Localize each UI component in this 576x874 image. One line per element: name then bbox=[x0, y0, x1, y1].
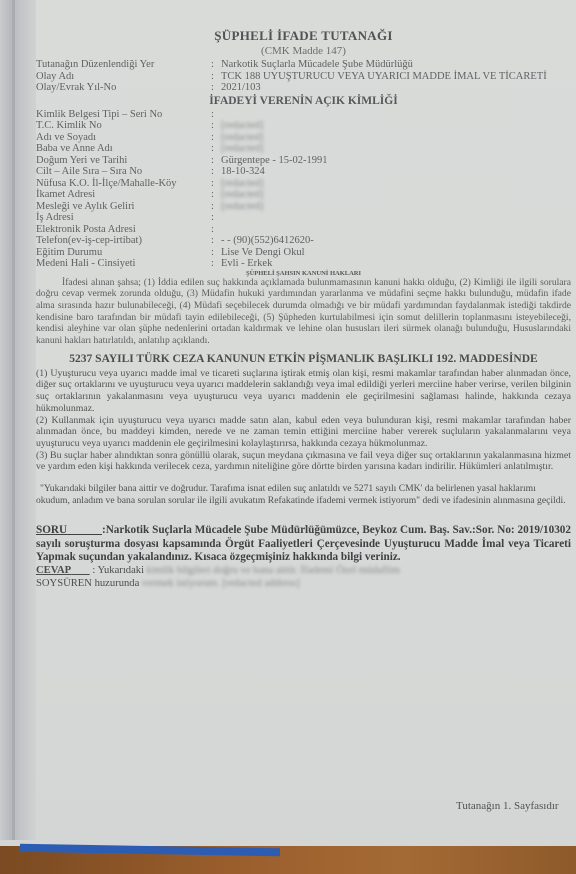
question-label: SORU bbox=[36, 524, 67, 536]
identity-value bbox=[221, 109, 571, 121]
colon-separator: : bbox=[211, 71, 221, 83]
identity-row: T.C. Kimlik No:[redacted] bbox=[36, 120, 571, 132]
colon-separator: : bbox=[211, 235, 221, 247]
answer-line2: SOYSÜREN huzurunda bbox=[36, 578, 139, 589]
document-subtitle: (CMK Madde 147) bbox=[36, 45, 571, 57]
case-info-row: Tutanağın Düzenlendiği Yer:Narkotik Suçl… bbox=[36, 59, 571, 71]
identity-value: [redacted] bbox=[221, 132, 571, 144]
document-title: ŞÜPHELİ İFADE TUTANAĞI bbox=[36, 28, 571, 44]
page-footer-note: Tutanağın 1. Sayfasıdır bbox=[456, 800, 559, 812]
colon-separator: : bbox=[211, 59, 221, 71]
law-paragraph-1: (1) Uyuşturucu veya uyarıcı madde imal v… bbox=[36, 368, 571, 415]
identity-row: Adı ve Soyadı:[redacted] bbox=[36, 132, 571, 144]
colon-separator: : bbox=[211, 258, 221, 270]
colon-separator: : bbox=[211, 82, 221, 94]
identity-label: Elektronik Posta Adresi bbox=[36, 224, 211, 236]
identity-label: Mesleği ve Aylık Geliri bbox=[36, 201, 211, 213]
case-info: Tutanağın Düzenlendiği Yer:Narkotik Suçl… bbox=[36, 59, 571, 94]
identity-label: İkamet Adresi bbox=[36, 189, 211, 201]
case-info-label: Olay/Evrak Yıl-No bbox=[36, 82, 211, 94]
identity-value: Lise Ve Dengi Okul bbox=[221, 247, 571, 259]
identity-label: Eğitim Durumu bbox=[36, 247, 211, 259]
law-paragraph-3: (3) Bu suçlar haber alındıktan sonra gön… bbox=[36, 450, 571, 473]
colon-separator: : bbox=[211, 247, 221, 259]
rights-text: İfadesi alınan şahsa; (1) İddia edilen s… bbox=[36, 277, 571, 347]
answer-redacted: kimlik bilgileri doğru ve bana aittir. İ… bbox=[147, 565, 400, 576]
identity-value: 18-10-324 bbox=[221, 166, 571, 178]
document-content: ŞÜPHELİ İFADE TUTANAĞI (CMK Madde 147) T… bbox=[36, 28, 571, 590]
statement-text: "Yukarıdaki bilgiler bana aittir ve doğr… bbox=[36, 483, 571, 506]
answer-label: CEVAP bbox=[36, 565, 71, 576]
identity-value: [redacted] bbox=[221, 189, 571, 201]
question-text: :Narkotik Suçlarla Mücadele Şube Müdürlü… bbox=[36, 524, 571, 563]
case-info-row: Olay/Evrak Yıl-No:2021/103 bbox=[36, 82, 571, 94]
identity-heading: İFADEYİ VERENİN AÇIK KİMLİĞİ bbox=[36, 95, 571, 107]
answer-text: : Yukarıdaki bbox=[92, 565, 144, 576]
identity-value bbox=[221, 224, 571, 236]
identity-row: Cilt – Aile Sıra – Sıra No:18-10-324 bbox=[36, 166, 571, 178]
rights-heading: ŞÜPHELİ ŞAHSIN KANUNİ HAKLARI bbox=[36, 270, 571, 277]
case-info-value: Narkotik Suçlarla Mücadele Şube Müdürlüğ… bbox=[221, 59, 571, 71]
identity-label: Baba ve Anne Adı bbox=[36, 143, 211, 155]
identity-label: Medeni Hali - Cinsiyeti bbox=[36, 258, 211, 270]
identity-label: T.C. Kimlik No bbox=[36, 120, 211, 132]
colon-separator: : bbox=[211, 166, 221, 178]
identity-row: Nüfusa K.O. İl-İlçe/Mahalle-Köy:[redacte… bbox=[36, 178, 571, 190]
law-paragraph-2: (2) Kullanmak için uyuşturucu veya uyarı… bbox=[36, 415, 571, 450]
colon-separator: : bbox=[211, 132, 221, 144]
colon-separator: : bbox=[211, 109, 221, 121]
identity-row: İkamet Adresi:[redacted] bbox=[36, 189, 571, 201]
identity-label: Cilt – Aile Sıra – Sıra No bbox=[36, 166, 211, 178]
identity-row: Doğum Yeri ve Tarihi:Gürgentepe - 15-02-… bbox=[36, 155, 571, 167]
law-heading: 5237 SAYILI TÜRK CEZA KANUNUN ETKİN PİŞM… bbox=[36, 353, 571, 365]
identity-value: [redacted] bbox=[221, 201, 571, 213]
identity-row: İş Adresi: bbox=[36, 212, 571, 224]
colon-separator: : bbox=[211, 155, 221, 167]
identity-row: Mesleği ve Aylık Geliri:[redacted] bbox=[36, 201, 571, 213]
identity-label: Kimlik Belgesi Tipi – Seri No bbox=[36, 109, 211, 121]
identity-value: Evli - Erkek bbox=[221, 258, 571, 270]
identity-value: [redacted] bbox=[221, 120, 571, 132]
identity-row: Kimlik Belgesi Tipi – Seri No: bbox=[36, 109, 571, 121]
identity-row: Medeni Hali - Cinsiyeti:Evli - Erkek bbox=[36, 258, 571, 270]
case-info-value: 2021/103 bbox=[221, 82, 571, 94]
question-block: SORU :Narkotik Suçlarla Mücadele Şube Mü… bbox=[36, 524, 571, 564]
identity-label: Telefon(ev-iş-cep-irtibat) bbox=[36, 235, 211, 247]
identity-fields: Kimlik Belgesi Tipi – Seri No:T.C. Kimli… bbox=[36, 109, 571, 270]
case-info-row: Olay Adı:TCK 188 UYUŞTURUCU VEYA UYARICI… bbox=[36, 71, 571, 83]
identity-value: - - (90)(552)6412620- bbox=[221, 235, 571, 247]
case-info-label: Tutanağın Düzenlendiği Yer bbox=[36, 59, 211, 71]
colon-separator: : bbox=[211, 178, 221, 190]
identity-value: [redacted] bbox=[221, 143, 571, 155]
identity-value bbox=[221, 212, 571, 224]
identity-label: Adı ve Soyadı bbox=[36, 132, 211, 144]
answer-line2-redacted: vermek istiyorum. [redacted address] bbox=[142, 578, 300, 589]
colon-separator: : bbox=[211, 201, 221, 213]
identity-row: Baba ve Anne Adı:[redacted] bbox=[36, 143, 571, 155]
identity-row: Elektronik Posta Adresi: bbox=[36, 224, 571, 236]
colon-separator: : bbox=[211, 189, 221, 201]
identity-label: İş Adresi bbox=[36, 212, 211, 224]
identity-label: Doğum Yeri ve Tarihi bbox=[36, 155, 211, 167]
colon-separator: : bbox=[211, 143, 221, 155]
colon-separator: : bbox=[211, 224, 221, 236]
identity-value: [redacted] bbox=[221, 178, 571, 190]
colon-separator: : bbox=[211, 120, 221, 132]
identity-row: Telefon(ev-iş-cep-irtibat):- - (90)(552)… bbox=[36, 235, 571, 247]
identity-row: Eğitim Durumu:Lise Ve Dengi Okul bbox=[36, 247, 571, 259]
colon-separator: : bbox=[211, 212, 221, 224]
case-info-value: TCK 188 UYUŞTURUCU VEYA UYARICI MADDE İM… bbox=[221, 71, 571, 83]
identity-value: Gürgentepe - 15-02-1991 bbox=[221, 155, 571, 167]
case-info-label: Olay Adı bbox=[36, 71, 211, 83]
answer-block: CEVAP : Yukarıdaki kimlik bilgileri doğr… bbox=[36, 564, 571, 590]
page-fold-shadow bbox=[0, 0, 36, 840]
identity-label: Nüfusa K.O. İl-İlçe/Mahalle-Köy bbox=[36, 178, 211, 190]
